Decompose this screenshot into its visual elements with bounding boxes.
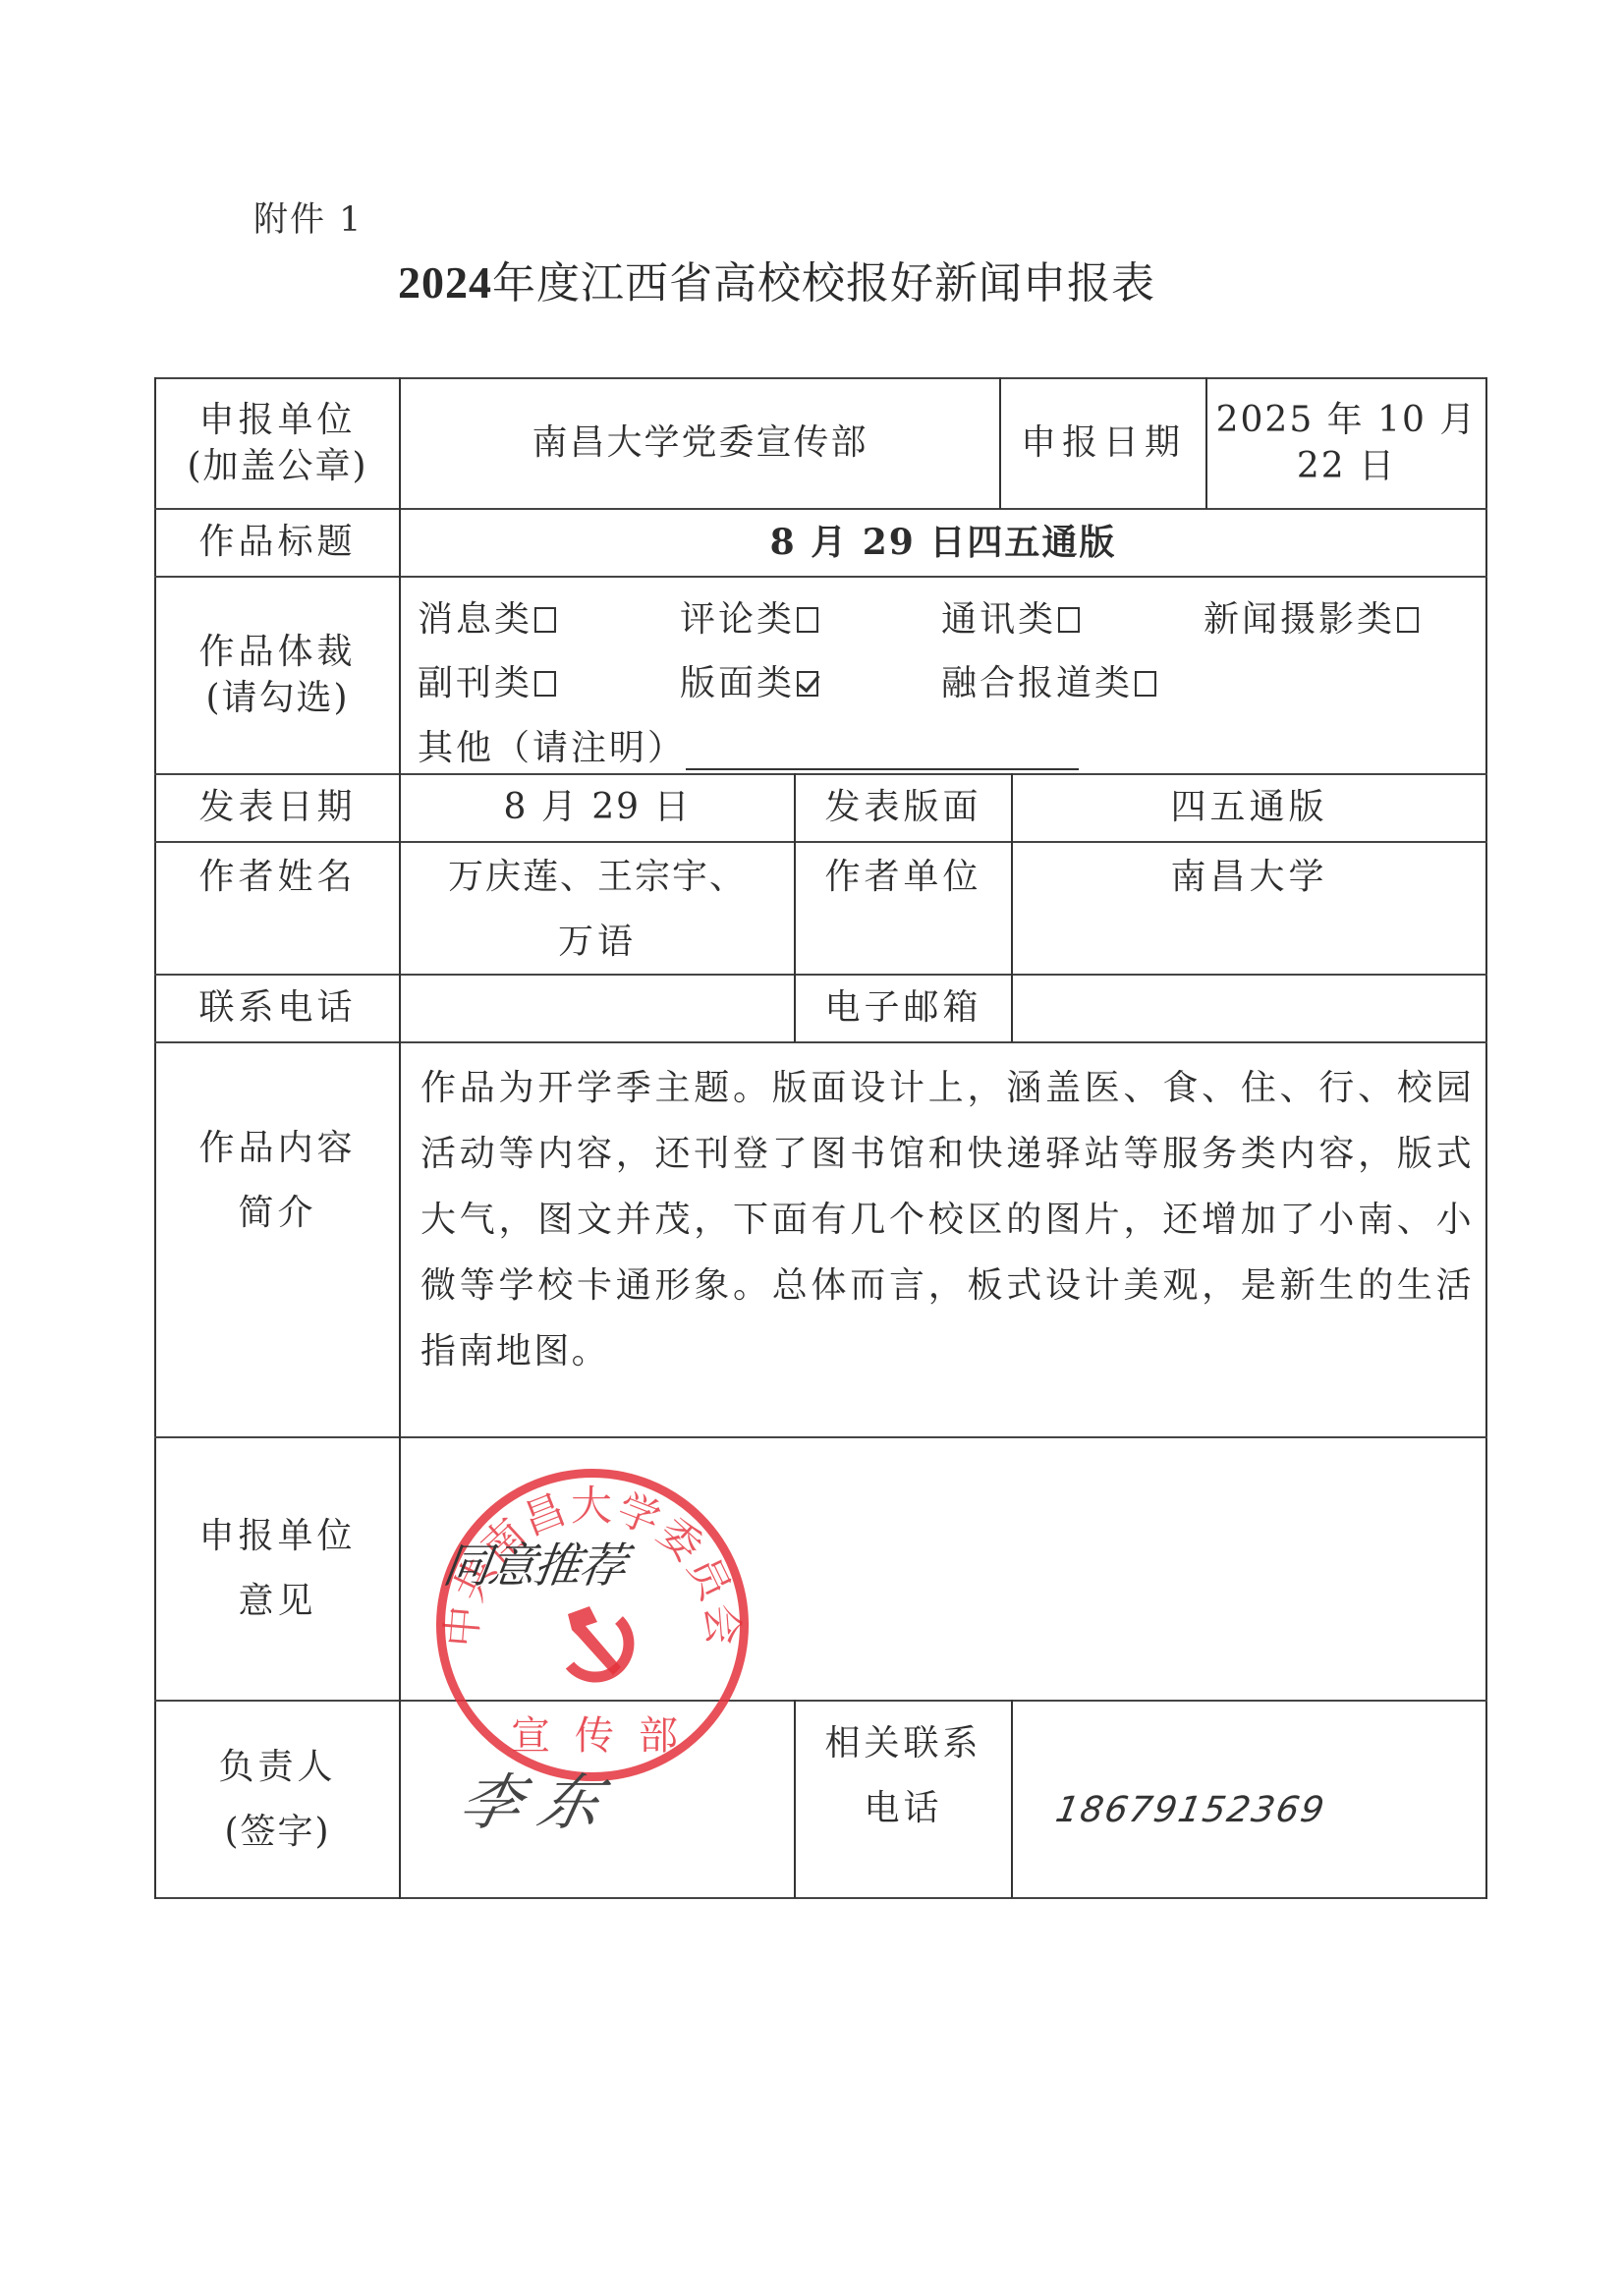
author-unit-value: 南昌大学 [1013,855,1485,973]
column-divider [1011,1700,1013,1898]
genre-option-photo[interactable]: 新闻摄影类 [1204,591,1419,642]
page-title: 2024年度江西省高校校报好新闻申报表 [398,248,1155,310]
checkbox-icon[interactable] [534,671,556,697]
hammer-sickle-icon [550,1596,639,1685]
publish-page-value: 四五通版 [1013,775,1485,841]
table-border-bottom [154,1897,1487,1899]
application-date-line1: 2025 年 10 月 [1216,398,1478,444]
summary-label-line2: 简介 [238,1181,316,1246]
genre-other-label: 其他（请注明） [418,728,686,768]
checkbox-icon[interactable] [1397,607,1419,633]
attachment-label: 附件 1 [253,193,363,242]
contact-phone-label: 相关联系 电话 [796,1711,1011,1859]
application-date-label: 申报日期 [1001,379,1205,508]
responsible-label: 负责人 (签字) [156,1702,399,1897]
genre-label: 作品体裁 (请勾选) [156,578,399,773]
genre-option-feature[interactable]: 通讯类 [941,591,1080,642]
stamp-bottom-text: 宣 传 部 [511,1705,678,1761]
checkbox-icon[interactable] [534,607,556,633]
genre-option-label: 副刊类 [418,663,532,703]
table-border-right [1485,377,1487,1899]
application-date-line2: 22 日 [1297,444,1396,490]
genre-option-layout[interactable]: 版面类 [680,655,818,705]
author-name-line2: 万语 [558,910,637,975]
title-year: 2024 [398,257,492,308]
opinion-label-line1: 申报单位 [198,1504,356,1569]
genre-label-line2: (请勾选) [205,676,349,722]
phone-value [401,976,794,1041]
applicant-unit-label-line1: 申报单位 [198,398,356,444]
genre-option-convergence[interactable]: 融合报道类 [941,655,1156,705]
publish-date-label: 发表日期 [156,775,399,841]
opinion-handwritten: 同意推荐 [439,1528,630,1595]
author-unit-label: 作者单位 [796,855,1011,973]
publish-date-value: 8 月 29 日 [401,775,794,841]
email-label: 电子邮箱 [796,976,1011,1041]
phone-label: 联系电话 [156,976,399,1041]
stamp-char: 传 [575,1705,614,1761]
contact-phone-label-line1: 相关联系 [824,1711,981,1776]
work-title-value: 8 月 29 日四五通版 [401,510,1485,576]
genre-option-label: 融合报道类 [941,663,1133,703]
applicant-unit-value: 南昌大学党委宣传部 [401,379,999,508]
responsible-label-line1: 负责人 [218,1735,336,1800]
responsible-signature: 李东 [453,1754,629,1841]
genre-option-news[interactable]: 消息类 [418,591,556,642]
checkbox-icon[interactable] [797,607,818,633]
opinion-label-line2: 意见 [238,1569,316,1634]
genre-option-label: 新闻摄影类 [1204,599,1395,640]
applicant-unit-label: 申报单位 (加盖公章) [156,379,399,508]
stamp-char: 宣 [511,1705,550,1761]
work-title-label: 作品标题 [156,510,399,576]
genre-option-supplement[interactable]: 副刊类 [418,655,556,705]
row-divider [154,841,1487,843]
title-text: 年度江西省高校校报好新闻申报表 [492,258,1155,308]
responsible-label-line2: (签字) [224,1800,330,1865]
genre-option-label: 评论类 [680,599,795,640]
stamp-char: 部 [639,1705,678,1761]
genre-label-line1: 作品体裁 [198,630,356,676]
checkbox-icon[interactable] [1058,607,1080,633]
genre-other-input[interactable] [686,739,1079,770]
author-name-line1: 万庆莲、王宗宇、 [448,845,747,910]
genre-option-label: 通讯类 [941,599,1056,640]
applicant-unit-label-line2: (加盖公章) [187,444,367,490]
author-name-label: 作者姓名 [156,855,399,973]
opinion-label: 申报单位 意见 [156,1438,399,1700]
checkbox-icon[interactable] [1135,671,1156,697]
contact-phone-label-line2: 电话 [864,1776,942,1841]
genre-option-other[interactable]: 其他（请注明） [418,720,1079,770]
email-value [1013,976,1485,1041]
publish-page-label: 发表版面 [796,775,1011,841]
summary-label: 作品内容 简介 [156,1043,399,1436]
checkbox-checked-icon[interactable] [797,671,818,697]
author-name-value: 万庆莲、王宗宇、 万语 [401,855,794,973]
summary-text: 作品为开学季主题。版面设计上，涵盖医、食、住、行、校园活动等内容，还刊登了图书馆… [420,1055,1474,1384]
genre-option-label: 消息类 [418,599,532,640]
column-divider [399,377,401,1899]
summary-label-line1: 作品内容 [198,1116,356,1181]
application-date-value: 2025 年 10 月 22 日 [1207,379,1485,508]
genre-option-commentary[interactable]: 评论类 [680,591,818,642]
contact-phone-value: 18679152369 [1052,1790,1328,1830]
genre-option-label: 版面类 [680,663,795,703]
